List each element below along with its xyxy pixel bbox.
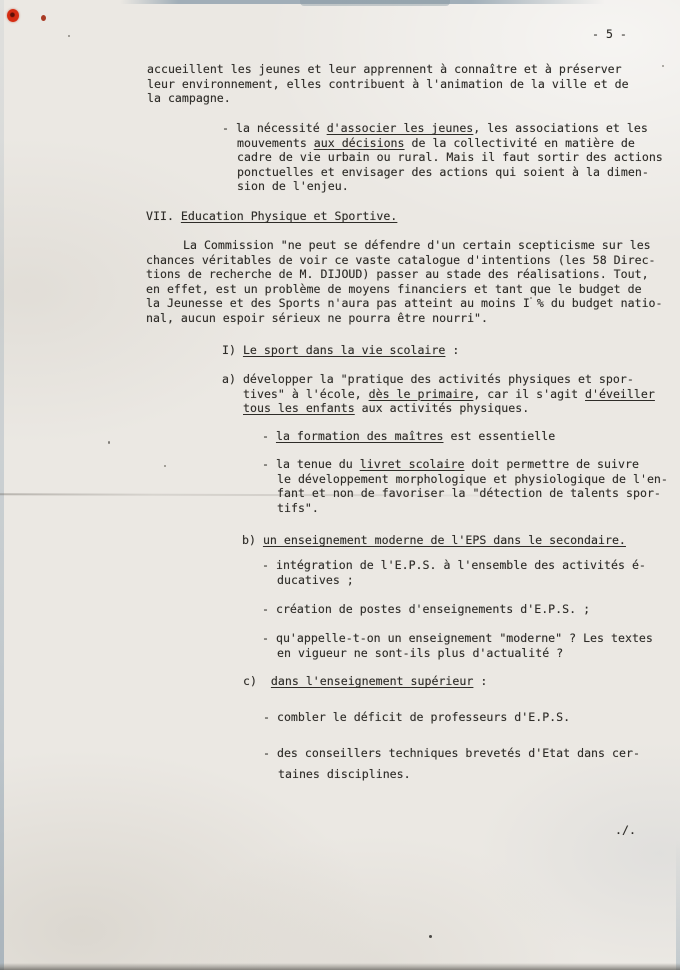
subsection-heading-i: I) Le sport dans la vie scolaire :: [222, 343, 459, 358]
bullet-question-moderne: - qu'appelle-t-on un enseignement "moder…: [262, 631, 653, 660]
bullet-livret: - la tenue du livret scolaire doit perme…: [262, 457, 668, 515]
bullet-combler: - combler le déficit de professeurs d'E.…: [263, 710, 570, 725]
continuation-mark: ./.: [615, 823, 636, 838]
paper-speck: [108, 441, 110, 444]
bullet-integration: - intégration de l'E.P.S. à l'ensemble d…: [262, 558, 646, 587]
line-taines: taines disciplines.: [278, 767, 411, 782]
red-ink-dot-small: [41, 15, 46, 21]
section-heading-vii: VII. Education Physique et Sportive.: [146, 209, 397, 224]
bullet-creation: - création de postes d'enseignements d'E…: [262, 602, 590, 617]
paragraph-commission: La Commission "ne peut se défendre d'un …: [146, 238, 663, 325]
paper-speck: [164, 465, 166, 467]
paragraph-environment: accueillent les jeunes et leur apprennen…: [147, 62, 629, 106]
scan-edge-top-smudge: [300, 0, 450, 6]
item-b: b) un enseignement moderne de l'EPS dans…: [242, 533, 626, 548]
item-c: c) dans l'enseignement supérieur :: [243, 674, 487, 689]
scan-edge-bottom: [0, 963, 680, 970]
page-number: - 5 -: [592, 27, 627, 42]
scan-edge-right: [676, 840, 680, 970]
paper-speck: [429, 935, 432, 938]
bullet-conseillers: - des conseillers techniques brevetés d'…: [263, 746, 640, 761]
paper-speck: [662, 65, 664, 67]
bullet-formation: - la formation des maîtres est essentiel…: [262, 429, 555, 444]
scanned-document-page: - 5 - accueillent les jeunes et leur app…: [0, 0, 680, 970]
bullet-associer: - la nécessité d'associer les jeunes, le…: [222, 121, 663, 194]
item-a: a) développer la "pratique des activités…: [222, 372, 655, 416]
paper-speck: [68, 35, 70, 37]
scan-edge-left: [0, 0, 4, 970]
red-ink-dot: [7, 9, 19, 22]
